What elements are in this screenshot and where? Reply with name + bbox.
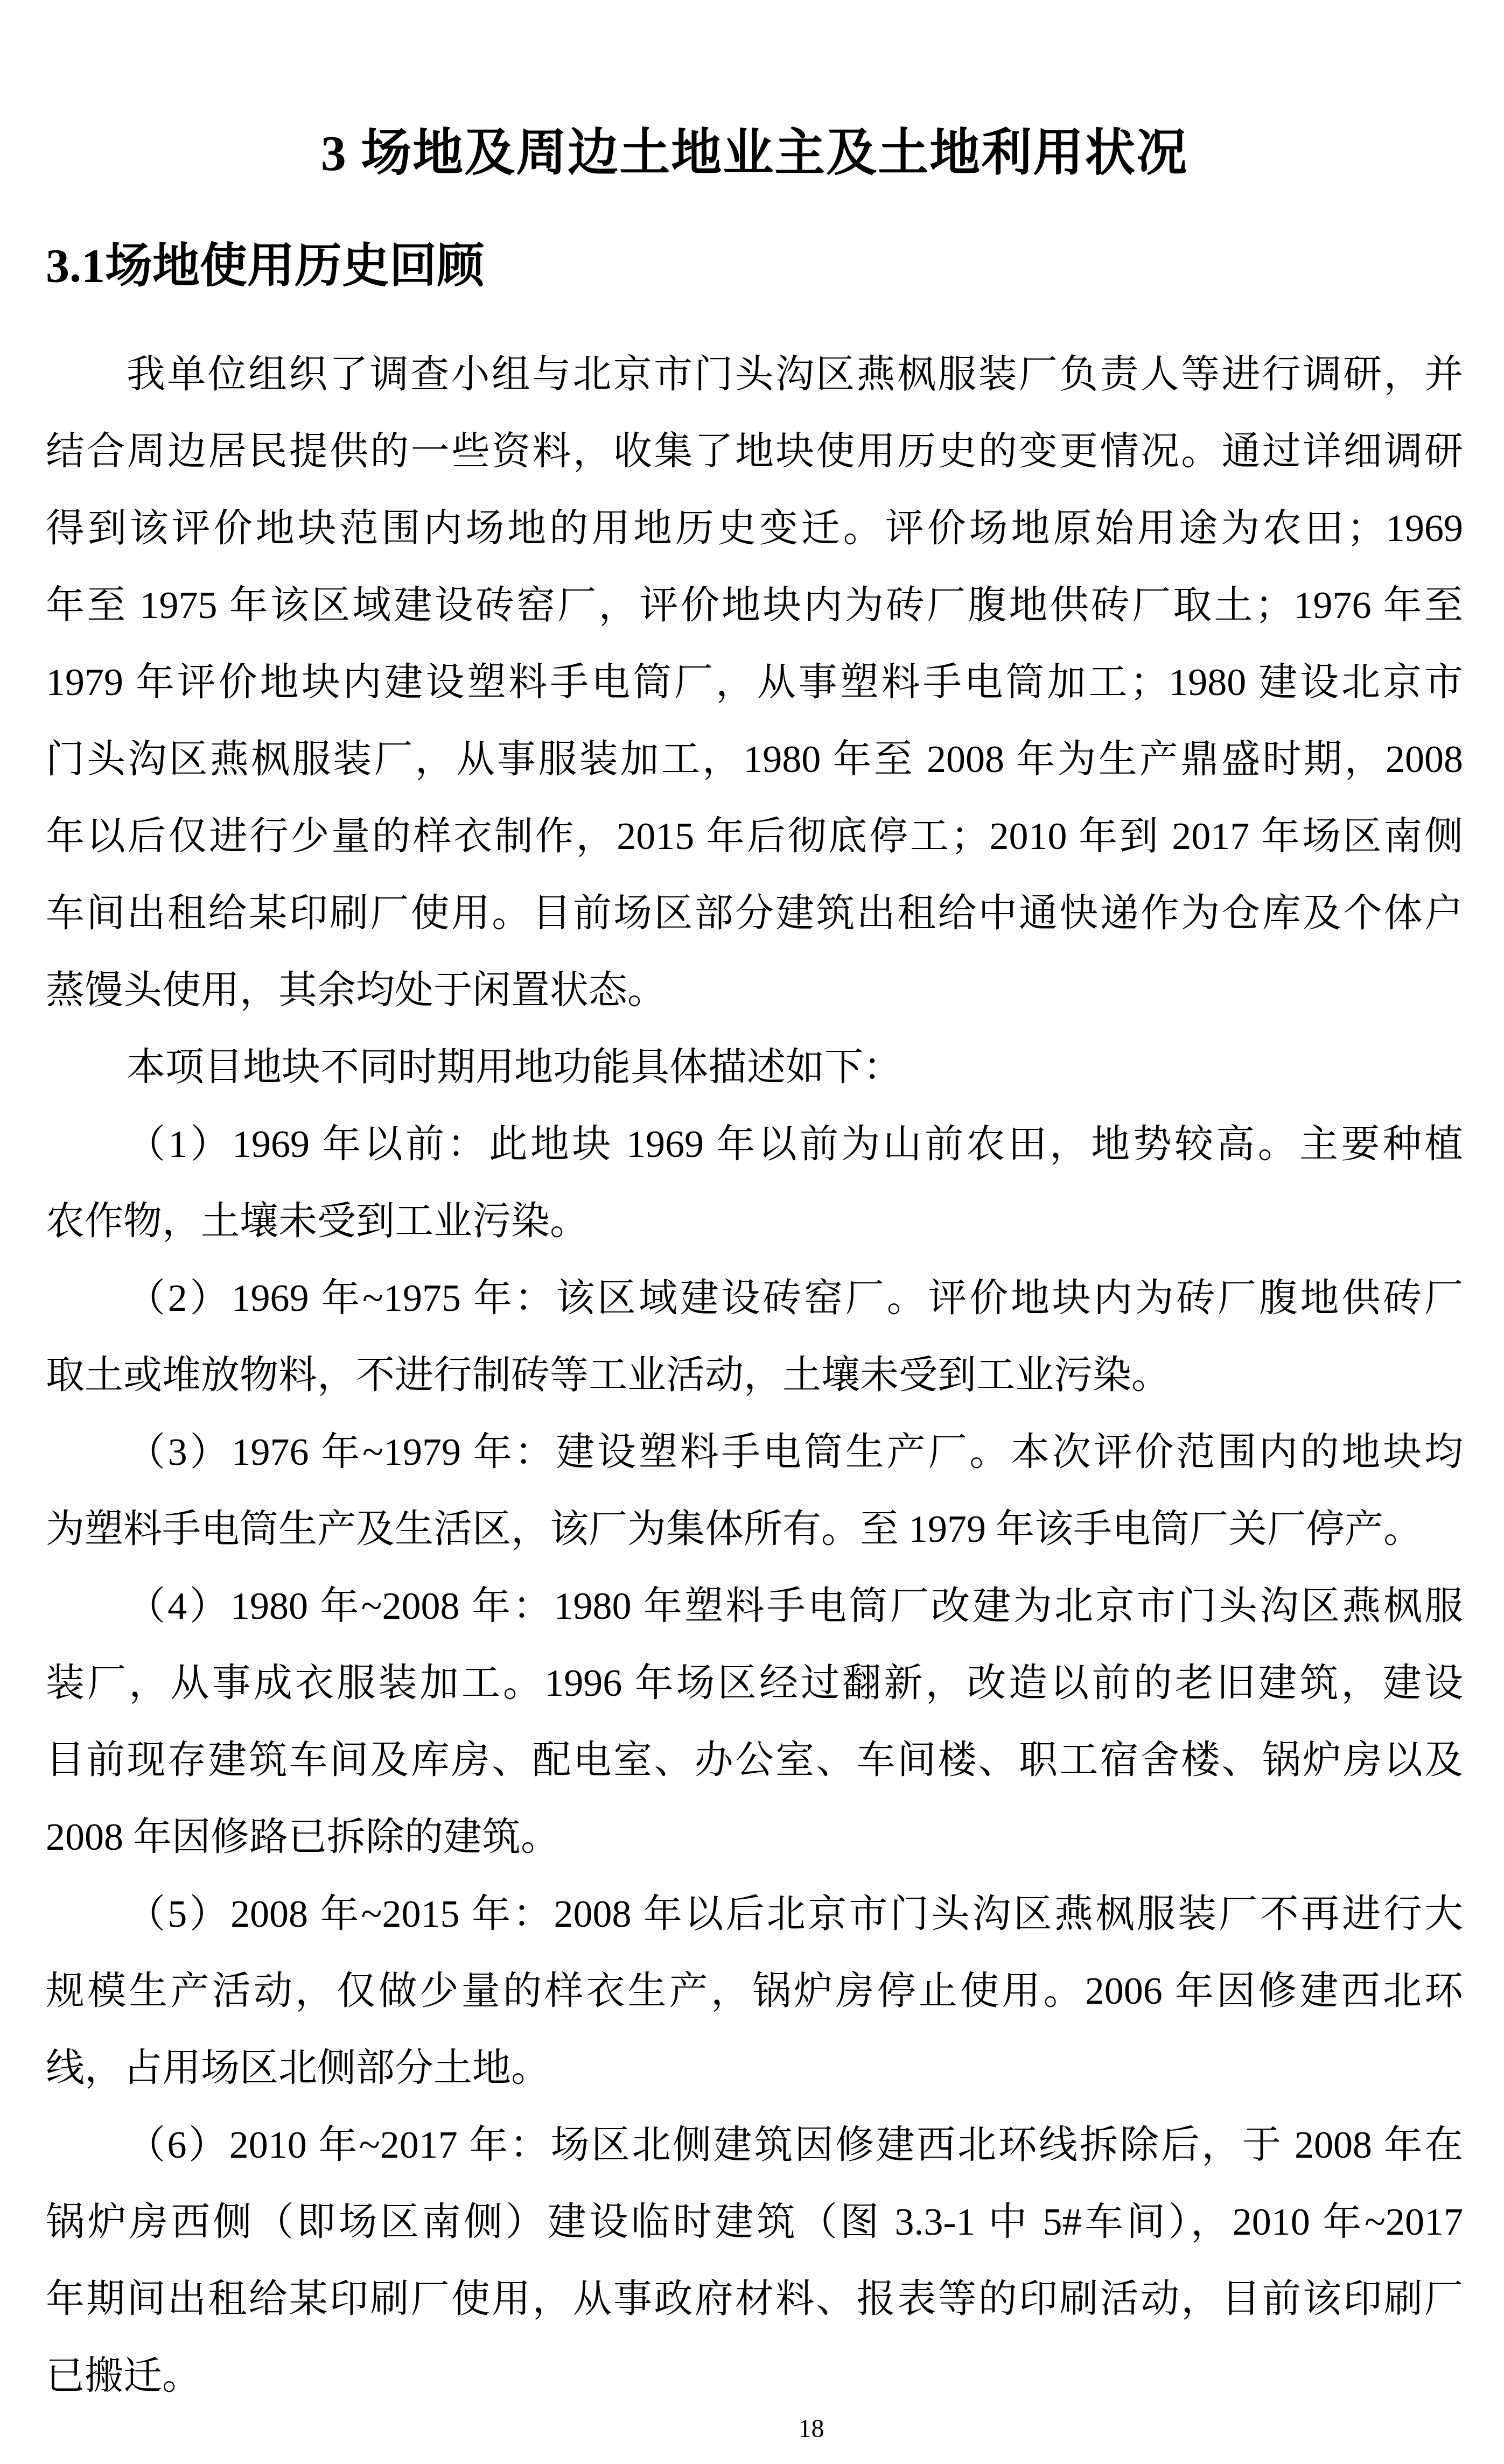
body-line: 本项目地块不同时期用地功能具体描述如下： bbox=[46, 1029, 1463, 1106]
body-line: （5）2008 年~2015 年：2008 年以后北京市门头沟区燕枫服装厂不再进… bbox=[46, 1876, 1463, 1953]
body-line: 我单位组织了调查小组与北京市门头沟区燕枫服装厂负责人等进行调研，并 bbox=[46, 336, 1463, 413]
page-footer: 18 bbox=[0, 2413, 1504, 2445]
body-line: 年期间出租给某印刷厂使用，从事政府材料、报表等的印刷活动，目前该印刷厂 bbox=[46, 2261, 1463, 2337]
document-body: 我单位组织了调查小组与北京市门头沟区燕枫服装厂负责人等进行调研，并结合周边居民提… bbox=[46, 336, 1463, 2414]
document-page: 3 场地及周边土地业主及土地利用状况 3.1场地使用历史回顾 我单位组织了调查小… bbox=[0, 0, 1504, 2464]
body-line: （4）1980 年~2008 年：1980 年塑料手电筒厂改建为北京市门头沟区燕… bbox=[46, 1568, 1463, 1645]
body-line: 为塑料手电筒生产及生活区，该厂为集体所有。至 1979 年该手电筒厂关厂停产。 bbox=[46, 1491, 1463, 1568]
section-heading: 3.1场地使用历史回顾 bbox=[46, 233, 1463, 300]
body-line: （3）1976 年~1979 年：建设塑料手电筒生产厂。本次评价范围内的地块均 bbox=[46, 1414, 1463, 1491]
body-line: 规模生产活动，仅做少量的样衣生产，锅炉房停止使用。2006 年因修建西北环 bbox=[46, 1953, 1463, 2030]
body-line: 得到该评价地块范围内场地的用地历史变迁。评价场地原始用途为农田；1969 bbox=[46, 490, 1463, 567]
body-line: （1）1969 年以前：此地块 1969 年以前为山前农田，地势较高。主要种植 bbox=[46, 1106, 1463, 1183]
body-line: 年至 1975 年该区域建设砖窑厂，评价地块内为砖厂腹地供砖厂取土；1976 年… bbox=[46, 567, 1463, 644]
body-line: 装厂，从事成衣服装加工。1996 年场区经过翻新，改造以前的老旧建筑，建设 bbox=[46, 1645, 1463, 1722]
body-line: 取土或堆放物料，不进行制砖等工业活动，土壤未受到工业污染。 bbox=[46, 1337, 1463, 1414]
body-line: 已搬迁。 bbox=[46, 2337, 1463, 2414]
body-line: 车间出租给某印刷厂使用。目前场区部分建筑出租给中通快递作为仓库及个体户 bbox=[46, 875, 1463, 952]
body-line: 年以后仅进行少量的样衣制作，2015 年后彻底停工；2010 年到 2017 年… bbox=[46, 798, 1463, 875]
body-line: 农作物，土壤未受到工业污染。 bbox=[46, 1183, 1463, 1260]
body-line: 蒸馒头使用，其余均处于闲置状态。 bbox=[46, 952, 1463, 1029]
body-line: （2）1969 年~1975 年：该区域建设砖窑厂。评价地块内为砖厂腹地供砖厂 bbox=[46, 1260, 1463, 1337]
body-line: 结合周边居民提供的一些资料，收集了地块使用历史的变更情况。通过详细调研 bbox=[46, 413, 1463, 490]
body-line: （6）2010 年~2017 年：场区北侧建筑因修建西北环线拆除后，于 2008… bbox=[46, 2107, 1463, 2184]
body-line: 2008 年因修路已拆除的建筑。 bbox=[46, 1799, 1463, 1876]
page-number: 18 bbox=[799, 2414, 824, 2443]
body-line: 门头沟区燕枫服装厂，从事服装加工，1980 年至 2008 年为生产鼎盛时期，2… bbox=[46, 721, 1463, 798]
body-line: 目前现存建筑车间及库房、配电室、办公室、车间楼、职工宿舍楼、锅炉房以及 bbox=[46, 1722, 1463, 1799]
page-content: 3 场地及周边土地业主及土地利用状况 3.1场地使用历史回顾 我单位组织了调查小… bbox=[0, 0, 1504, 2414]
body-line: 锅炉房西侧（即场区南侧）建设临时建筑（图 3.3-1 中 5#车间），2010 … bbox=[46, 2184, 1463, 2261]
body-line: 线，占用场区北侧部分土地。 bbox=[46, 2030, 1463, 2107]
body-line: 1979 年评价地块内建设塑料手电筒厂，从事塑料手电筒加工；1980 建设北京市 bbox=[46, 644, 1463, 721]
page-title: 3 场地及周边土地业主及土地利用状况 bbox=[46, 0, 1463, 189]
